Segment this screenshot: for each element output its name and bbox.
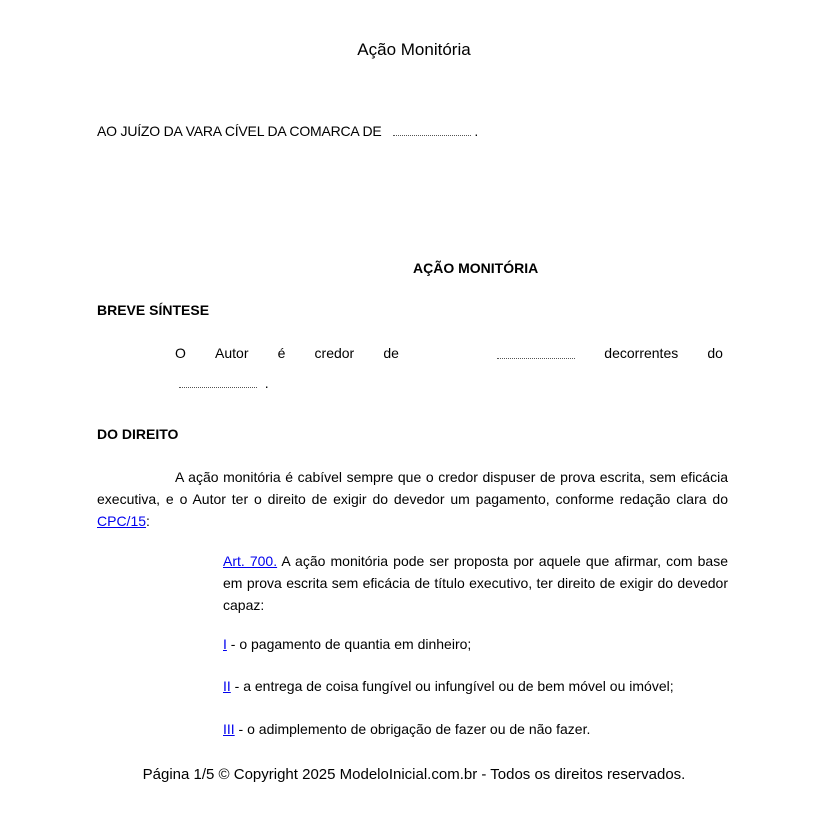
- addressee-line: AO JUÍZO DA VARA CÍVEL DA COMARCA DE .: [97, 123, 478, 139]
- addressee-text: AO JUÍZO DA VARA CÍVEL DA COMARCA DE: [97, 123, 382, 139]
- word: de: [383, 345, 399, 361]
- synthesis-end: .: [265, 375, 269, 391]
- item-text: - o pagamento de quantia em dinheiro;: [227, 636, 471, 652]
- inciso-iii-link[interactable]: III: [223, 721, 235, 737]
- list-item: III - o adimplemento de obrigação de faz…: [223, 721, 590, 737]
- heading-breve-sintese: BREVE SÍNTESE: [97, 302, 209, 318]
- page-footer: Página 1/5 © Copyright 2025 ModeloInicia…: [0, 766, 828, 783]
- list-item: I - o pagamento de quantia em dinheiro;: [223, 636, 471, 652]
- word: do: [707, 345, 723, 361]
- heading-do-direito: DO DIREITO: [97, 426, 178, 442]
- item-text: - o adimplemento de obrigação de fazer o…: [235, 721, 591, 737]
- quote-text: A ação monitória pode ser proposta por a…: [223, 553, 728, 613]
- paragraph-text: A ação monitória é cabível sempre que o …: [97, 469, 728, 507]
- main-title: AÇÃO MONITÓRIA: [413, 260, 538, 276]
- comarca-blank: [393, 125, 471, 136]
- inciso-ii-link[interactable]: II: [223, 678, 231, 694]
- word: Autor: [215, 345, 248, 361]
- word: O: [175, 345, 186, 361]
- document-title: Ação Monitória: [0, 40, 828, 60]
- paragraph-end: :: [146, 513, 150, 529]
- synthesis-line-1: O Autor é credor de decorrentes do: [175, 345, 723, 361]
- addressee-end: .: [474, 123, 478, 139]
- word: é: [278, 345, 286, 361]
- synthesis-line-2: .: [179, 375, 269, 391]
- article-quote: Art. 700. A ação monitória pode ser prop…: [223, 550, 728, 616]
- word: decorrentes: [604, 345, 678, 361]
- origin-blank: [179, 377, 257, 388]
- cpc-link[interactable]: CPC/15: [97, 513, 146, 529]
- art-700-link[interactable]: Art. 700.: [223, 553, 277, 569]
- word: [428, 345, 468, 361]
- list-item: II - a entrega de coisa fungível ou infu…: [223, 678, 674, 694]
- credor-blank: [497, 348, 575, 359]
- item-text: - a entrega de coisa fungível ou infungí…: [231, 678, 674, 694]
- word: credor: [315, 345, 355, 361]
- direito-paragraph: A ação monitória é cabível sempre que o …: [97, 466, 728, 532]
